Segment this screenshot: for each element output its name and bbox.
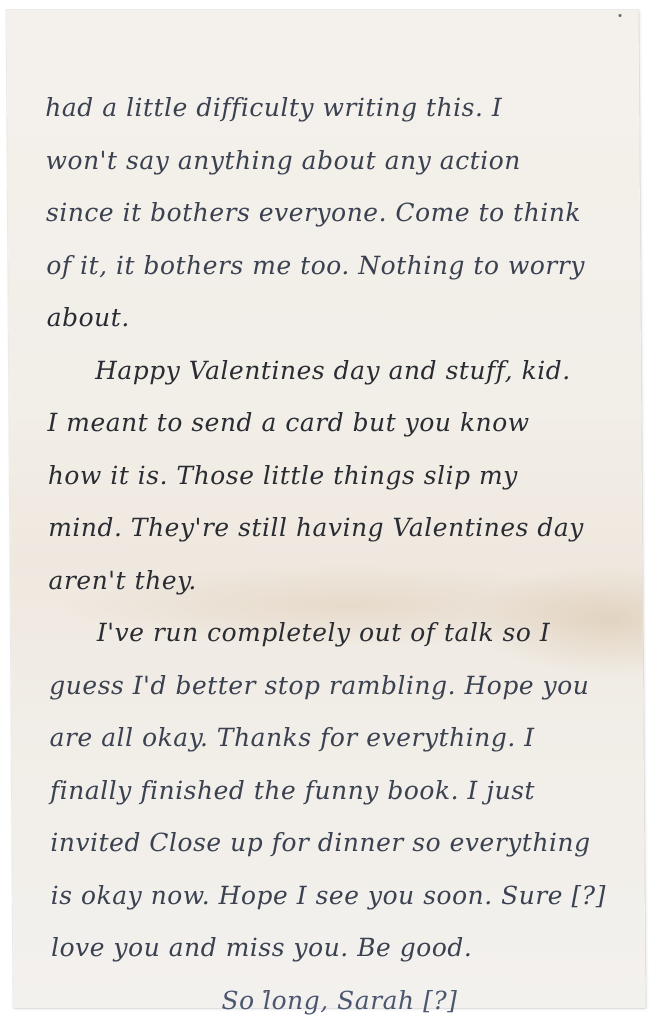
letter-line: aren't they.: [48, 555, 638, 608]
letter-line: how it is. Those little things slip my: [48, 450, 638, 503]
paper-speck: [619, 14, 622, 17]
letter-line: love you and miss you. Be good.: [51, 922, 641, 975]
letter-line: mind. They're still having Valentines da…: [48, 502, 638, 555]
letter-line: Happy Valentines day and stuff, kid.: [47, 345, 637, 398]
letter-line: I meant to send a card but you know: [47, 397, 637, 450]
letter-line: since it bothers everyone. Come to think: [46, 187, 636, 240]
letter-line: is okay now. Hope I see you soon. Sure […: [51, 870, 641, 923]
letter-body: had a little difficulty writing this. I …: [45, 82, 642, 1024]
letter-line: invited Close up for dinner so everythin…: [50, 817, 640, 870]
letter-line: about.: [46, 292, 636, 345]
letter-page: had a little difficulty writing this. I …: [7, 10, 646, 1008]
signature: So long, Sarah [?]: [51, 975, 641, 1025]
letter-line: won't say anything about any action: [45, 135, 635, 188]
letter-line: of it, it bothers me too. Nothing to wor…: [46, 240, 636, 293]
letter-line: I've run completely out of talk so I: [49, 607, 639, 660]
letter-line: had a little difficulty writing this. I: [45, 82, 635, 135]
letter-line: are all okay. Thanks for everything. I: [49, 712, 639, 765]
letter-line: guess I'd better stop rambling. Hope you: [49, 660, 639, 713]
letter-line: finally finished the funny book. I just: [50, 765, 640, 818]
